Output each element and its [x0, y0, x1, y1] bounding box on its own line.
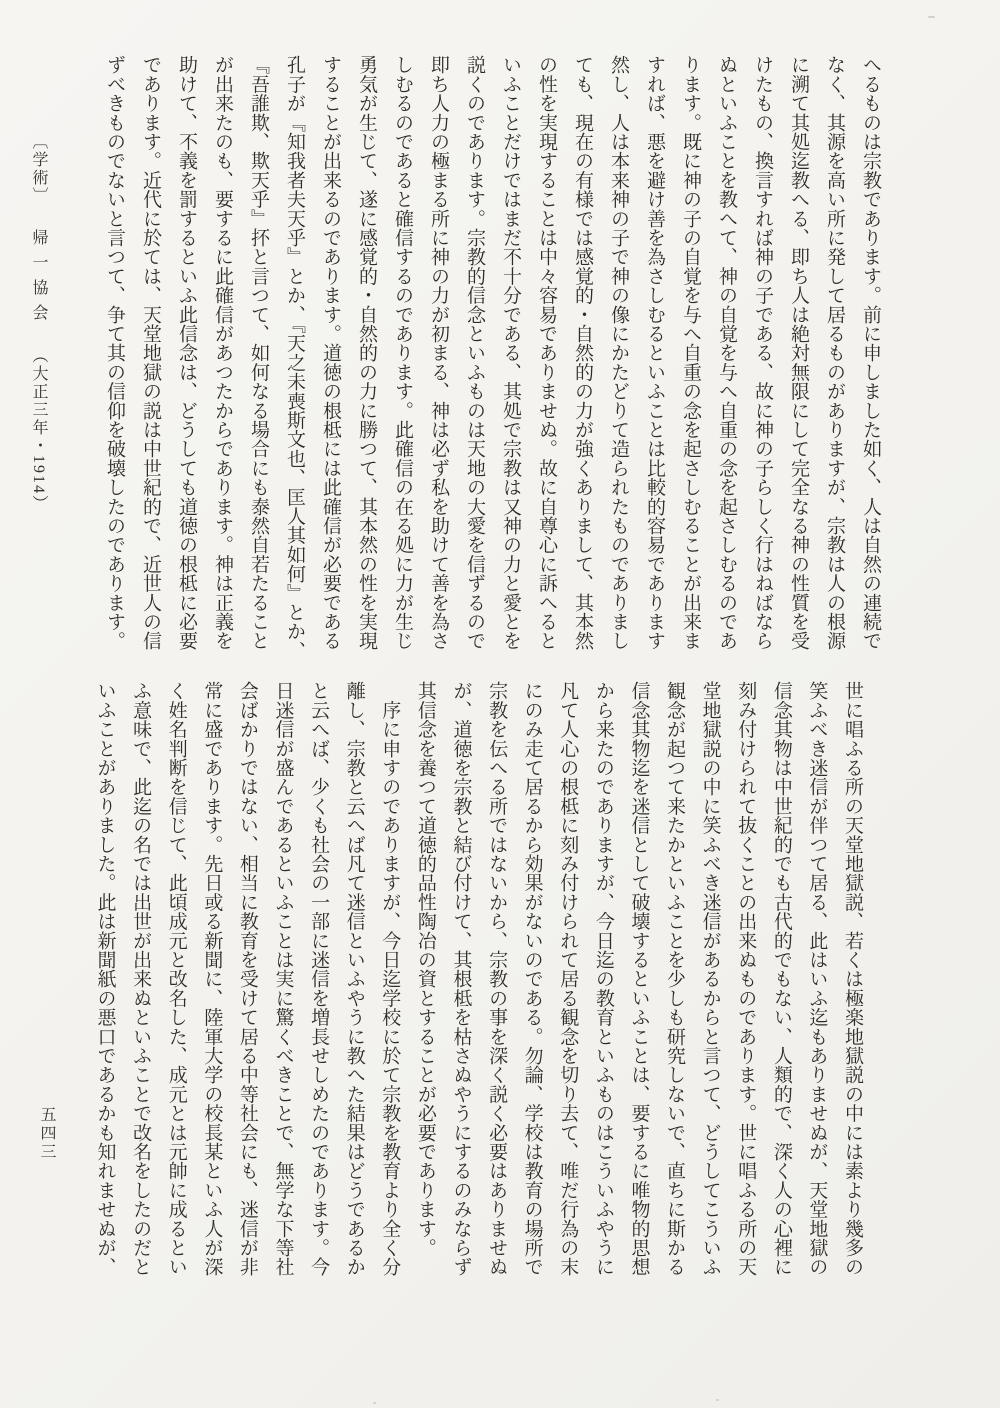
text-column: 離し、宗教と云へば凡て迷信といふやうに教へた結果はどうであるか	[336, 681, 372, 1287]
text-column: にのみ走て居るから効果がないのである。勿論、学校は教育の場所で	[514, 681, 550, 1287]
text-column: へるものは宗教であります。前に申しました如く、人は自然の連続で	[852, 55, 888, 661]
text-column: 助けて、不義を罰するといふ此信念は、どうしても道徳の根柢に必要	[168, 55, 204, 661]
header-date: （大正三年・1914）	[30, 347, 47, 513]
text-column: けたもの、換言すれば神の子である、故に神の子らしく行はねばなら	[744, 55, 780, 661]
text-block-lower: 世に唱ふる所の天堂地獄説、若くは極楽地獄説の中には素より幾多の笑ふべき迷信が伴つ…	[87, 681, 870, 1287]
text-column: なく、其源を高い所に発して居るものがありますが、宗教は人の根源	[816, 55, 852, 661]
text-column: 宗教を伝へる所ではないから、宗教の事を深く説く必要はありませぬ	[478, 681, 514, 1287]
text-column: 其信念を養つて道徳的品性陶冶の資とすることが必要であります。	[407, 681, 443, 1287]
text-column: ぬといふことを教へて、神の自覚を与へ自重の念を起さしむるのであ	[708, 55, 744, 661]
text-column: 勇気が生じて、遂に感覚的・自然的の力に勝つて、其本然の性を実現	[348, 55, 384, 661]
scan-speck	[716, 1399, 719, 1401]
text-column: の性を実現することは中々容易でありませぬ。故に自尊心に訴へると	[528, 55, 564, 661]
text-column: 笑ふべき迷信が伴つて居る、此はいふ迄もありませぬが、天堂地獄の	[799, 681, 835, 1287]
text-column: であります。近代に於ては、天堂地獄の説は中世紀的で、近世人の信	[132, 55, 168, 661]
text-column: ります。既に神の子の自覚を与へ自重の念を起さしむることが出来ま	[672, 55, 708, 661]
text-column: が、道徳を宗教と結び付けて、其根柢を枯さぬやうにするのみならず	[443, 681, 479, 1287]
text-column: 即ち人力の極まる所に神の力が初まる、神は必ず私を助けて善を為さ	[420, 55, 456, 661]
text-column: から来たのでありますが、今日迄の教育といふものはこういふやうに	[585, 681, 621, 1287]
text-column: ふ意味で、此迄の名では出世が出来ぬといふことで改名をしたのだと	[123, 681, 159, 1287]
text-column: 説くのであります。宗教的信念といふものは天地の大愛を信ずるので	[456, 55, 492, 661]
text-column: 刻み付けられて抜くことの出来ぬものであります。世に唱ふる所の天	[728, 681, 764, 1287]
text-column: 世に唱ふる所の天堂地獄説、若くは極楽地獄説の中には素より幾多の	[834, 681, 870, 1287]
text-column: 堂地獄説の中に笑ふべき迷信があるからと言つて、どうしてこういふ	[692, 681, 728, 1287]
text-column: いふことだけではまだ不十分である、其処で宗教は又神の力と愛とを	[492, 55, 528, 661]
text-column: 孔子が『知我者夫天乎』とか、『天之未喪斯文也、匡人其如何』とか、	[276, 55, 312, 661]
text-column: 序に申すのでありますが、今日迄学校に於て宗教を教育より全く分	[372, 681, 408, 1287]
text-column: すれば、悪を避け善を為さしむるといふことは比較的容易であります	[636, 55, 672, 661]
text-column: く姓名判断を信じて、此頃成元と改名した、成元とは元帥に成るとい	[158, 681, 194, 1287]
page-number: 五四三	[35, 1106, 58, 1162]
text-column: することが出来るのであります。道徳の根柢には此確信が必要である	[312, 55, 348, 661]
running-header: 〔学術〕帰一協会（大正三年・1914）	[27, 133, 50, 533]
text-column: と云へば、少くも社会の一部に迷信を増長せしめたのであります。今	[301, 681, 337, 1287]
scan-speck	[373, 1402, 376, 1404]
text-block-upper: へるものは宗教であります。前に申しました如く、人は自然の連続でなく、其源を高い所…	[96, 55, 888, 661]
text-column: 観念が起つて来たかといふことを少しも研究しないで、直ちに斯かる	[656, 681, 692, 1287]
text-column: 然し、人は本来神の子で神の像にかたどりて造られたものでありまし	[600, 55, 636, 661]
text-column: 信念其物迄を迷信として破壊するといふことは、要するに唯物的思想	[621, 681, 657, 1287]
section-tag: 〔学術〕	[30, 133, 47, 205]
text-column: ても、現在の有様では感覚的・自然的の力が強くありまして、其本然	[564, 55, 600, 661]
document-page: 〔学術〕帰一協会（大正三年・1914） へるものは宗教であります。前に申しました…	[0, 0, 1000, 1408]
text-column: しむるのであると確信するのであります。此確信の在る処に力が生じ	[384, 55, 420, 661]
text-column: が出来たのも、要するに此確信があつたからであります。神は正義を	[204, 55, 240, 661]
volume-title: 帰一協会	[30, 229, 47, 329]
text-column: 信念其物は中世紀的でも古代的でもない、人類的で、深く人の心裡に	[763, 681, 799, 1287]
scan-speck	[928, 16, 935, 18]
text-column: いふことがありました。此は新聞紙の悪口であるかも知れませぬが、	[87, 681, 123, 1287]
text-column: 日迷信が盛んであるといふことは実に驚くべきことで、無学な下等社	[265, 681, 301, 1287]
text-column: 常に盛であります。先日或る新聞に、陸軍大学の校長某といふ人が深	[194, 681, 230, 1287]
text-column: に溯て其処迄教へる、即ち人は絶対無限にして完全なる神の性質を受	[780, 55, 816, 661]
text-column: 会ばかりではない、相当に教育を受けて居る中等社会にも、迷信が非	[229, 681, 265, 1287]
text-column: 凡て人心の根柢に刻み付けられて居る観念を切り去て、唯だ行為の末	[550, 681, 586, 1287]
text-column: ずべきものでないと言つて、争て其の信仰を破壊したのであります。	[96, 55, 132, 661]
text-column: 『吾誰欺、欺天乎』抔と言つて、如何なる場合にも泰然自若たること	[240, 55, 276, 661]
